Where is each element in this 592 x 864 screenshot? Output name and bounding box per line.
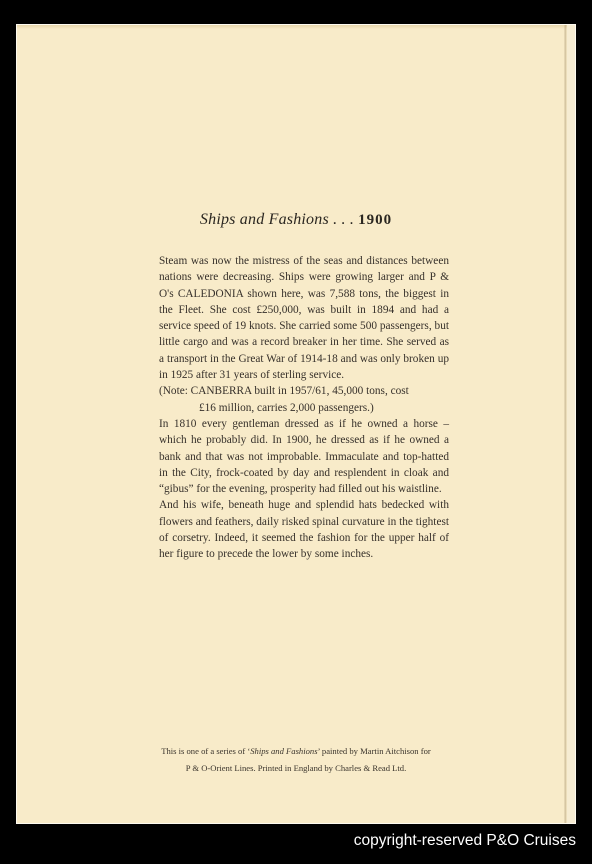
note-line-2: £16 million, carries 2,000 passengers.) [159,400,449,416]
paragraph-gentleman: In 1810 every gentleman dressed as if he… [159,416,449,497]
footnote-prefix: This is one of a series of ‘ [161,746,250,756]
page-title: Ships and Fashions . . . 1900 [17,211,575,229]
series-footnote: This is one of a series of ‘Ships and Fa… [17,743,575,777]
title-year: 1900 [358,212,392,228]
copyright-watermark: copyright-reserved P&O Cruises [354,832,576,850]
footnote-line-2: P & O-Orient Lines. Printed in England b… [17,760,575,777]
paragraph-ships: Steam was now the mistress of the seas a… [159,253,449,383]
footnote-series-title: Ships and Fashions [250,746,317,756]
footnote-suffix: ’ painted by Martin Aitchison for [318,746,431,756]
paragraph-wife: And his wife, beneath huge and splendid … [159,497,449,562]
title-text: Ships and Fashions . . . [200,211,354,228]
article-body: Steam was now the mistress of the seas a… [159,253,449,563]
note-line-1: (Note: CANBERRA built in 1957/61, 45,000… [159,385,409,397]
page-edge [567,25,575,823]
canberra-note: (Note: CANBERRA built in 1957/61, 45,000… [159,383,449,416]
footnote-line-1: This is one of a series of ‘Ships and Fa… [17,743,575,760]
document-page: Ships and Fashions . . . 1900 Steam was … [16,24,576,824]
